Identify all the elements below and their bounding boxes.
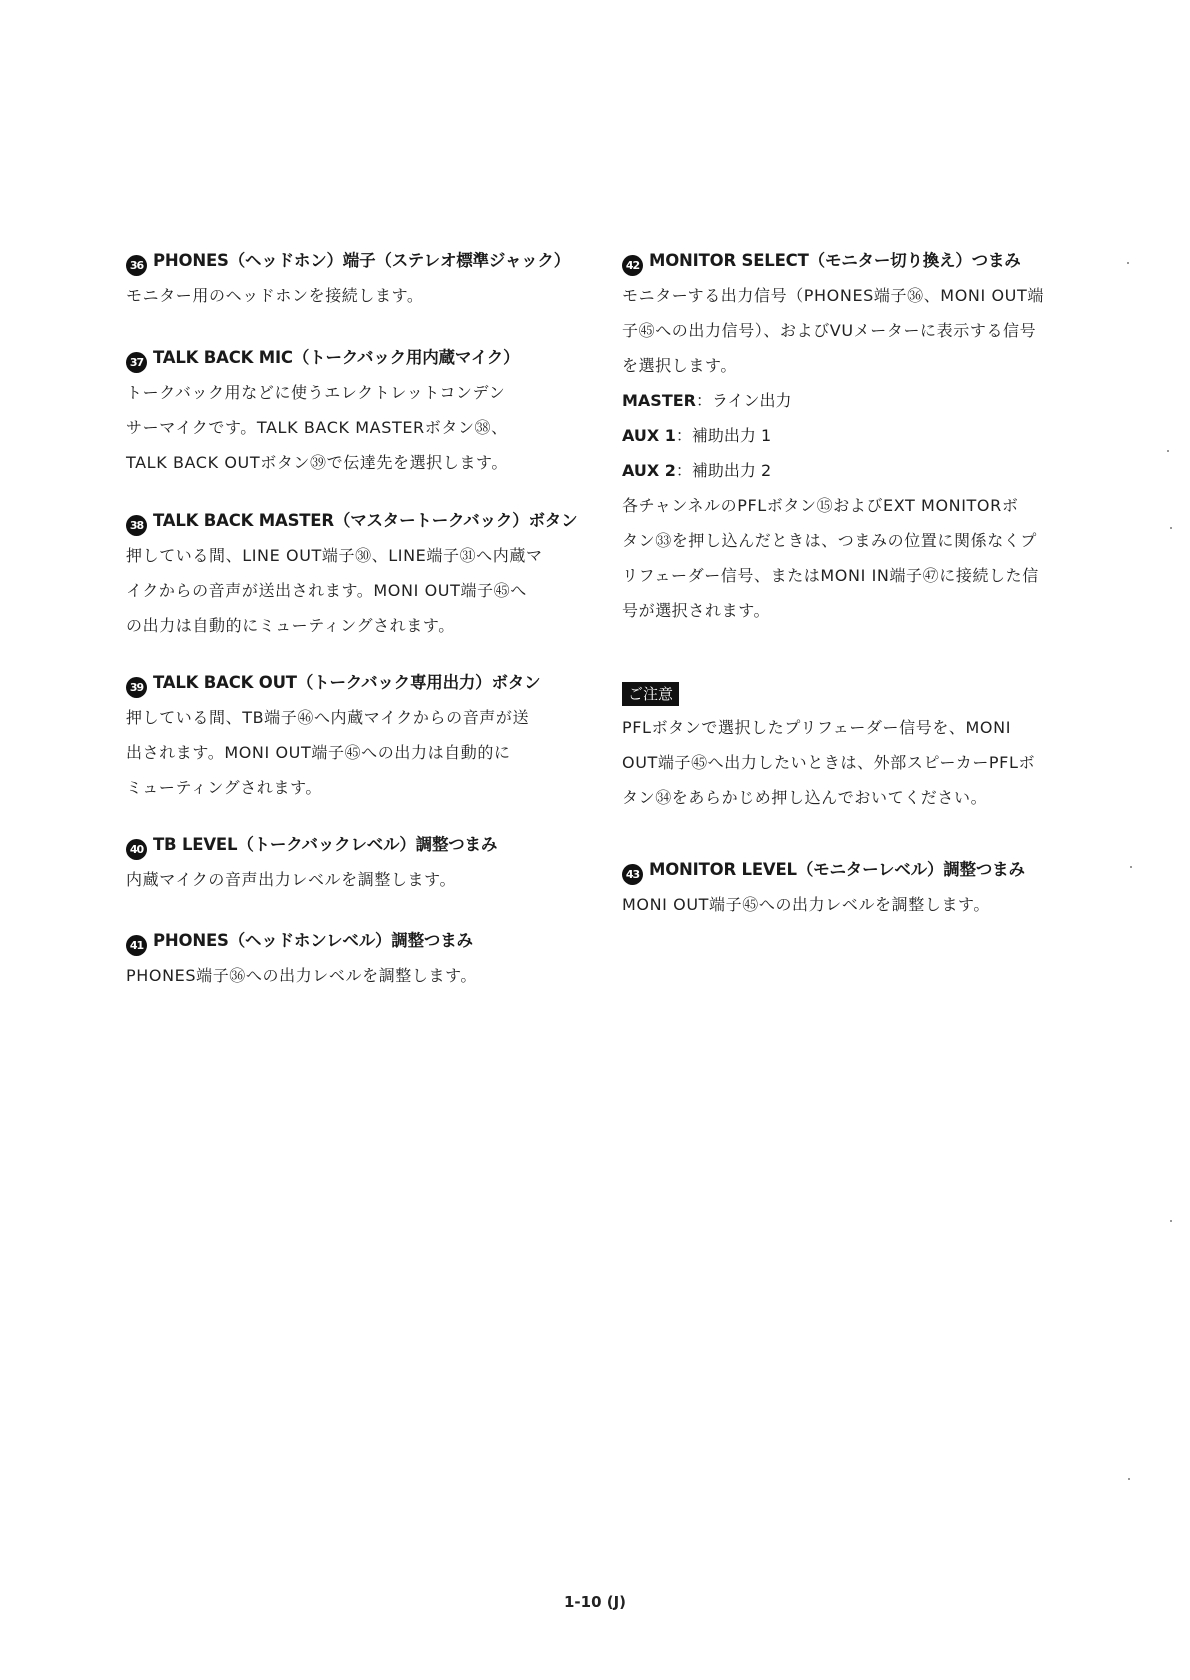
option-value: ：補助出力 2 [676,461,771,480]
item-number-badge: 41 [126,935,147,956]
heading-title: PHONES [153,251,229,270]
heading-title: PHONES [153,931,229,950]
body-text: 子㊺への出力信号）、およびVUメーターに表示する信号 [622,313,1072,348]
body-text: TALK BACK OUTボタン㊴で伝達先を選択します。 [126,445,586,480]
option-aux2: AUX 2：補助出力 2 [622,453,1072,488]
body-text: 号が選択されます。 [622,593,1072,628]
section-39-talk-back-out: 39TALK BACK OUT（トークバック専用出力）ボタン 押している間、TB… [126,666,586,805]
section-heading: 40TB LEVEL（トークバックレベル）調整つまみ [126,828,586,862]
option-master: MASTER：ライン出力 [622,383,1072,418]
body-text: MONI OUT端子㊺への出力レベルを調整します。 [622,887,1072,922]
heading-title-jp: （マスタートークバック）ボタン [334,511,578,530]
body-text: 内蔵マイクの音声出力レベルを調整します。 [126,862,586,897]
section-42-monitor-select: 42MONITOR SELECT（モニター切り換え）つまみ モニターする出力信号… [622,244,1072,628]
heading-title: TALK BACK MASTER [153,511,334,530]
scan-speck [1170,527,1172,529]
heading-title: TALK BACK OUT [153,673,297,692]
page-number: 1-10 (J) [0,1593,1190,1611]
scan-speck [1167,450,1169,452]
body-text: PHONES端子㊱への出力レベルを調整します。 [126,958,586,993]
option-value: ：補助出力 1 [676,426,771,445]
option-key: AUX 2 [622,461,676,480]
option-key: MASTER [622,391,696,410]
section-38-talk-back-master: 38TALK BACK MASTER（マスタートークバック）ボタン 押している間… [126,504,586,643]
body-text: 押している間、TB端子㊻へ内蔵マイクからの音声が送 [126,700,586,735]
item-number-badge: 38 [126,515,147,536]
section-heading: 37TALK BACK MIC（トークバック用内蔵マイク） [126,341,586,375]
section-heading: 42MONITOR SELECT（モニター切り換え）つまみ [622,244,1072,278]
caution-note: ご注意 PFLボタンで選択したプリフェーダー信号を、MONI OUT端子㊺へ出力… [622,676,1072,815]
item-number-badge: 37 [126,352,147,373]
option-aux1: AUX 1：補助出力 1 [622,418,1072,453]
body-text: PFLボタンで選択したプリフェーダー信号を、MONI [622,710,1072,745]
section-43-monitor-level: 43MONITOR LEVEL（モニターレベル）調整つまみ MONI OUT端子… [622,853,1072,922]
heading-title-jp: （ヘッドホン）端子（ステレオ標準ジャック） [229,251,570,270]
body-text: 押している間、LINE OUT端子㉚、LINE端子㉛へ内蔵マ [126,538,586,573]
body-text: 各チャンネルのPFLボタン⑮およびEXT MONITORボ [622,488,1072,523]
section-40-tb-level: 40TB LEVEL（トークバックレベル）調整つまみ 内蔵マイクの音声出力レベル… [126,828,586,897]
section-41-phones-level: 41PHONES（ヘッドホンレベル）調整つまみ PHONES端子㊱への出力レベル… [126,924,586,993]
heading-title: MONITOR LEVEL [649,860,797,879]
scan-speck [1128,1478,1130,1480]
section-heading: 41PHONES（ヘッドホンレベル）調整つまみ [126,924,586,958]
scan-speck [1127,262,1129,264]
body-text: の出力は自動的にミューティングされます。 [126,608,586,643]
item-number-badge: 42 [622,255,643,276]
body-text: トークバック用などに使うエレクトレットコンデン [126,375,586,410]
section-heading: 38TALK BACK MASTER（マスタートークバック）ボタン [126,504,586,538]
item-number-badge: 36 [126,255,147,276]
heading-title: TALK BACK MIC [153,348,293,367]
option-value: ：ライン出力 [696,391,792,410]
item-number-badge: 43 [622,864,643,885]
section-heading: 39TALK BACK OUT（トークバック専用出力）ボタン [126,666,586,700]
scan-speck [1130,866,1132,868]
body-text: タン㉝を押し込んだときは、つまみの位置に関係なくプ [622,523,1072,558]
heading-title-jp: （ヘッドホンレベル）調整つまみ [229,931,473,950]
body-text: リフェーダー信号、またはMONI IN端子㊼に接続した信 [622,558,1072,593]
scan-speck [1170,1220,1172,1222]
item-number-badge: 40 [126,839,147,860]
heading-title: MONITOR SELECT [649,251,809,270]
body-text: イクからの音声が送出されます。MONI OUT端子㊺へ [126,573,586,608]
heading-title-jp: （モニター切り換え）つまみ [809,251,1021,270]
heading-title-jp: （モニターレベル）調整つまみ [797,860,1025,879]
body-text: ミューティングされます。 [126,770,586,805]
body-text: 出されます。MONI OUT端子㊺への出力は自動的に [126,735,586,770]
body-text: モニターする出力信号（PHONES端子㊱、MONI OUT端 [622,278,1072,313]
heading-title-jp: （トークバック用内蔵マイク） [293,348,520,367]
heading-title-jp: （トークバックレベル）調整つまみ [237,835,497,854]
body-text: を選択します。 [622,348,1072,383]
heading-title: TB LEVEL [153,835,237,854]
section-36-phones-jack: 36PHONES（ヘッドホン）端子（ステレオ標準ジャック） モニター用のヘッドホ… [126,244,586,313]
body-text: OUT端子㊺へ出力したいときは、外部スピーカーPFLボ [622,745,1072,780]
heading-title-jp: （トークバック専用出力）ボタン [297,673,541,692]
body-text: サーマイクです。TALK BACK MASTERボタン㊳、 [126,410,586,445]
option-key: AUX 1 [622,426,676,445]
caution-label: ご注意 [622,682,679,706]
section-heading: 36PHONES（ヘッドホン）端子（ステレオ標準ジャック） [126,244,586,278]
section-37-talk-back-mic: 37TALK BACK MIC（トークバック用内蔵マイク） トークバック用などに… [126,341,586,480]
section-heading: 43MONITOR LEVEL（モニターレベル）調整つまみ [622,853,1072,887]
body-text: モニター用のヘッドホンを接続します。 [126,278,586,313]
item-number-badge: 39 [126,677,147,698]
body-text: タン㉞をあらかじめ押し込んでおいてください。 [622,780,1072,815]
